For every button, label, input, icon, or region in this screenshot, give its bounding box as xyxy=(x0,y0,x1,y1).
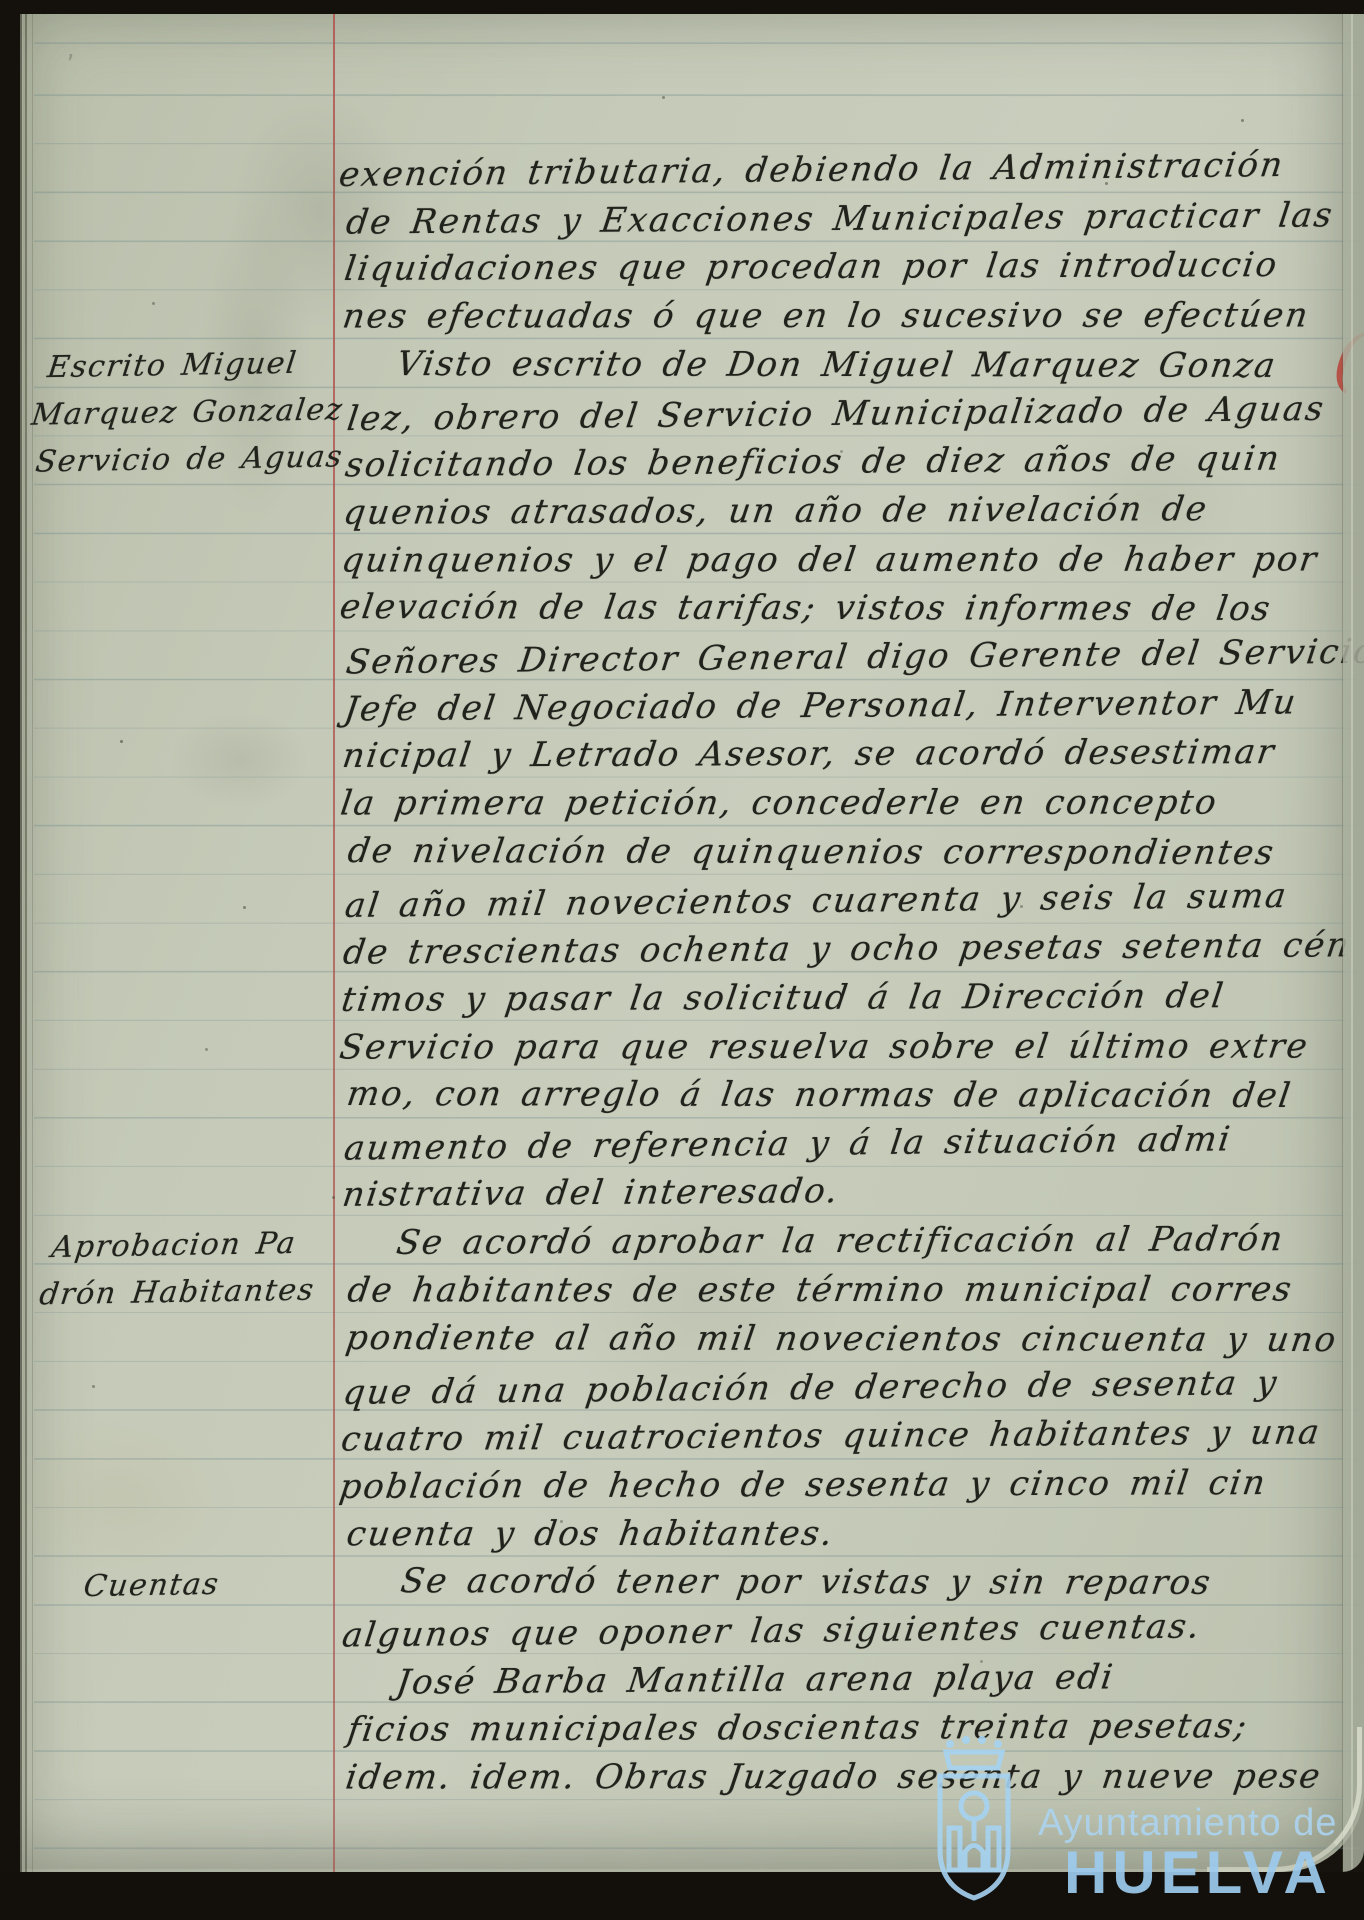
red-margin-rule xyxy=(333,14,335,1872)
handwritten-line: Servicio para que resuelva sobre el últi… xyxy=(337,1026,1311,1067)
margin-note-line: Escrito Miguel xyxy=(46,346,300,385)
handwritten-line: de habitantes de este término municipal … xyxy=(345,1270,1295,1311)
handwritten-line: Jefe del Negociado de Personal, Interven… xyxy=(342,682,1300,729)
handwritten-line: pondiente al año mil novecientos cincuen… xyxy=(343,1318,1340,1360)
handwritten-line: ficios municipales doscientas treinta pe… xyxy=(345,1707,1251,1751)
scanned-manuscript-page: Escrito MiguelMarquez GonzalezServicio d… xyxy=(0,0,1364,1920)
handwritten-line: quenios atrasados, un año de nivelación … xyxy=(341,489,1211,533)
stacked-page-edge xyxy=(1342,14,1364,1872)
handwritten-line: cuatro mil cuatrocientos quince habitant… xyxy=(339,1413,1324,1460)
handwritten-line: cuenta y dos habitantes. xyxy=(344,1513,837,1554)
handwritten-line: de trescientas ochenta y ocho pesetas se… xyxy=(341,926,1353,973)
handwritten-line: nicipal y Letrado Asesor, se acordó dese… xyxy=(340,732,1278,776)
handwritten-line: idem. idem. Obras Juzgado sesenta y nuev… xyxy=(343,1757,1324,1798)
handwritten-line: Visto escrito de Don Miguel Marquez Gonz… xyxy=(394,344,1279,386)
handwritten-line: población de hecho de sesenta y cinco mi… xyxy=(337,1463,1269,1507)
handwritten-line: liquidaciones que procedan por las intro… xyxy=(342,245,1281,289)
margin-note-line: Servicio de Aguas xyxy=(33,439,345,479)
handwritten-line: mo, con arreglo á las normas de aplicaci… xyxy=(344,1074,1294,1116)
margin-note-line: Cuentas xyxy=(82,1567,222,1604)
scan-border-bottom xyxy=(0,1872,1364,1920)
handwritten-line: nistrativa del interesado. xyxy=(340,1171,842,1215)
handwritten-line: timos y pasar la solicitud á la Direcció… xyxy=(339,976,1227,1020)
margin-note-line: Aprobacion Pa xyxy=(50,1226,299,1265)
handwritten-line: nes efectuadas ó que en lo sucesivo se e… xyxy=(340,296,1312,337)
scan-border-left xyxy=(0,0,20,1920)
handwritten-line: José Barba Mantilla arena playa edi xyxy=(394,1657,1117,1702)
margin-note-line: drón Habitantes xyxy=(38,1273,317,1313)
handwritten-line: Se acordó aprobar la rectificación al Pa… xyxy=(394,1220,1287,1264)
handwritten-line: solicitando los beneficios de diez años … xyxy=(343,439,1284,486)
scan-border-top xyxy=(0,0,1364,14)
handwritten-line: de Rentas y Exacciones Municipales pract… xyxy=(344,195,1336,242)
pencil-mark: , xyxy=(65,33,83,64)
handwritten-line: de nivelación de quinquenios correspondi… xyxy=(345,831,1277,873)
handwritten-line: elevación de las tarifas; vistos informe… xyxy=(337,587,1274,629)
handwritten-line: la primera petición, concederle en conce… xyxy=(338,783,1220,824)
margin-note-line: Marquez Gonzalez xyxy=(29,392,345,432)
handwritten-line: quinquenios y el pago del aumento de hab… xyxy=(339,539,1321,580)
handwritten-line: Se acordó tener por vistas y sin reparos xyxy=(398,1561,1214,1603)
